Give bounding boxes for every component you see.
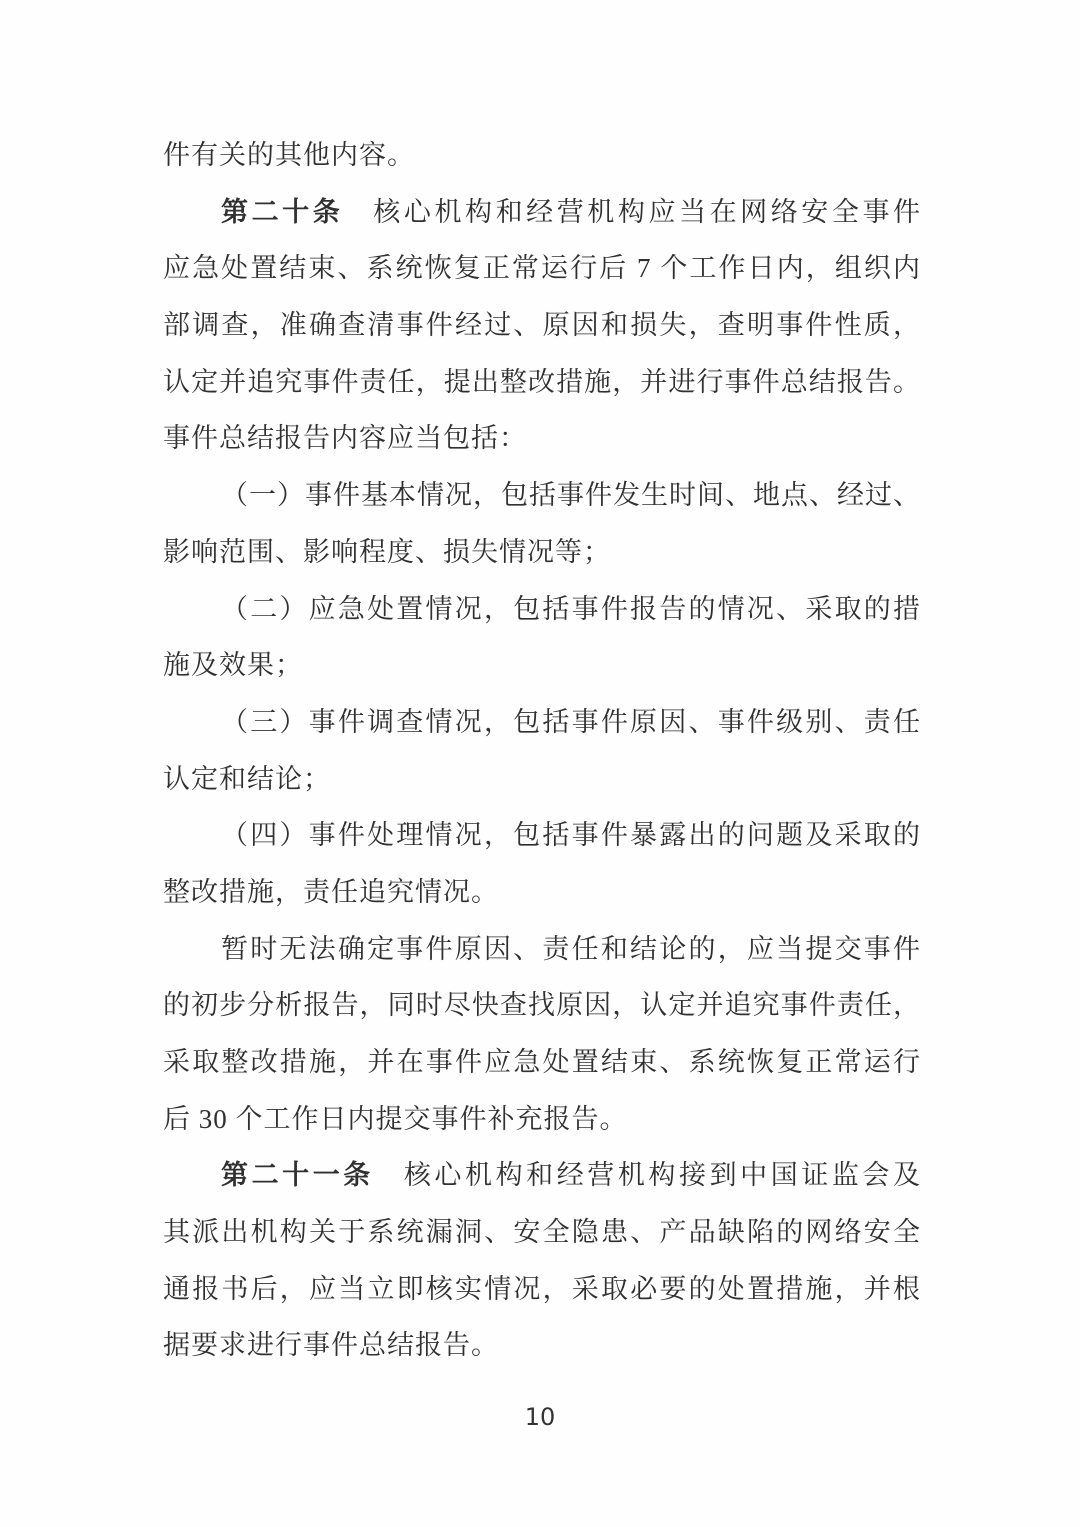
text-line: 施及效果； [163,637,921,694]
text-line: 件有关的其他内容。 [163,127,921,184]
text-line: 影响范围、影响程度、损失情况等； [163,524,921,581]
text-line: 采取整改措施，并在事件应急处置结束、系统恢复正常运行 [163,1034,921,1091]
line-text: 核心机构和经营机构应当在网络安全事件 [373,197,921,227]
text-line: （二）应急处置情况，包括事件报告的情况、采取的措 [163,581,921,638]
text-line: 应急处置结束、系统恢复正常运行后 7 个工作日内，组织内 [163,240,921,297]
text-line: 部调查，准确查清事件经过、原因和损失，查明事件性质， [163,297,921,354]
text-line: （一）事件基本情况，包括事件发生时间、地点、经过、 [163,467,921,524]
article-heading: 第二十条 [221,197,343,227]
text-line: 后 30 个工作日内提交事件补充报告。 [163,1091,921,1148]
document-page: 件有关的其他内容。 第二十条核心机构和经营机构应当在网络安全事件 应急处置结束、… [0,0,1080,1527]
text-line: 认定和结论； [163,751,921,808]
text-block: 件有关的其他内容。 第二十条核心机构和经营机构应当在网络安全事件 应急处置结束、… [163,127,921,1374]
text-line: 第二十一条核心机构和经营机构接到中国证监会及 [163,1147,921,1204]
text-line: 通报书后，应当立即核实情况，采取必要的处置措施，并根 [163,1261,921,1318]
text-line: 据要求进行事件总结报告。 [163,1317,921,1374]
text-line: （三）事件调查情况，包括事件原因、事件级别、责任 [163,694,921,751]
text-line: 第二十条核心机构和经营机构应当在网络安全事件 [163,184,921,241]
text-line: 认定并追究事件责任，提出整改措施，并进行事件总结报告。 [163,354,921,411]
text-line: 事件总结报告内容应当包括： [163,410,921,467]
text-line: （四）事件处理情况，包括事件暴露出的问题及采取的 [163,807,921,864]
page-number: 10 [0,1403,1080,1431]
text-line: 的初步分析报告，同时尽快查找原因，认定并追究事件责任， [163,977,921,1034]
line-text: 核心机构和经营机构接到中国证监会及 [404,1160,921,1190]
text-line: 其派出机构关于系统漏洞、安全隐患、产品缺陷的网络安全 [163,1204,921,1261]
text-line: 整改措施，责任追究情况。 [163,864,921,921]
text-line: 暂时无法确定事件原因、责任和结论的，应当提交事件 [163,921,921,978]
article-heading: 第二十一条 [221,1160,374,1190]
